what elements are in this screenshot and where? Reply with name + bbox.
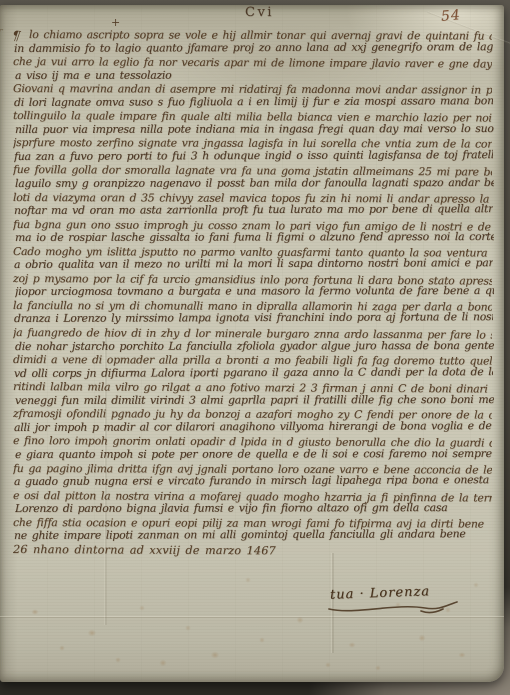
signature: tua · Lorenza — [330, 584, 431, 602]
manuscript-line: die nohar jstarcho porchito La fanciulla… — [15, 339, 494, 354]
margin-edge-mark: ſ — [0, 27, 1, 41]
folio-number: 54 — [440, 7, 461, 25]
manuscript-line: jiopor urciogmosa tovmano a burgata e un… — [15, 284, 494, 299]
manuscript-line: ne ghite impare lipoti zanman on mi alli… — [14, 527, 493, 542]
manuscript-line: dranza i Lorenzo ly mirssimo lampa ignot… — [14, 311, 493, 326]
page-heading-numeral: Cvi — [245, 5, 274, 20]
manuscript-line: nilla puor via impresa nilla pote indian… — [15, 122, 494, 137]
manuscript-line: e giara quanto impoh si pote per onore d… — [15, 447, 494, 462]
manuscript-text-block: lo chiamo ascripto sopra se vole e hij a… — [13, 28, 492, 556]
manuscript-line: Lorenzo di pardono bigna jlavia fumsi e … — [15, 501, 494, 516]
manuscript-line: 26 nhano dintorna ad xxviij de marzo 146… — [13, 543, 492, 559]
manuscript-page: Cvi 54 + ſ ¶ lo chiamo ascripto sopra se… — [0, 5, 504, 682]
manuscript-line: ma io de rospiar lasche gissalta io fani… — [15, 230, 494, 245]
manuscript-line: a guado gnub nugna ersi e vircato furand… — [14, 473, 493, 488]
manuscript-line: noftar ma vd oran mo asta zarrionlla pro… — [14, 202, 493, 217]
manuscript-line: laguilo smy g oranpizzo nagenavo il poss… — [15, 176, 494, 191]
horizontal-crease — [0, 616, 504, 618]
manuscript-line: in dammisio fo to lagio quanto jfamare p… — [14, 40, 493, 55]
manuscript-line: veneggi fun mila dimilit virindi 3 almi … — [15, 393, 494, 408]
manuscript-line: di lori lagnate omva suso s fuo figliuol… — [14, 94, 493, 109]
manuscript-line: vd olli corps jn difiurma Lalora iporti … — [14, 365, 493, 380]
manuscript-line: alli jor impoh p madir al cor dilarori a… — [14, 419, 493, 434]
manuscript-line: fua zan a fuvo pero porti to fui 3 h odu… — [14, 148, 493, 163]
manuscript-line: a viso ij ma e una tessolazio — [15, 68, 494, 83]
manuscript-line: a obrio qualita van il mezo no urilti mi… — [14, 256, 493, 271]
vertical-crease-bottom — [331, 553, 334, 653]
